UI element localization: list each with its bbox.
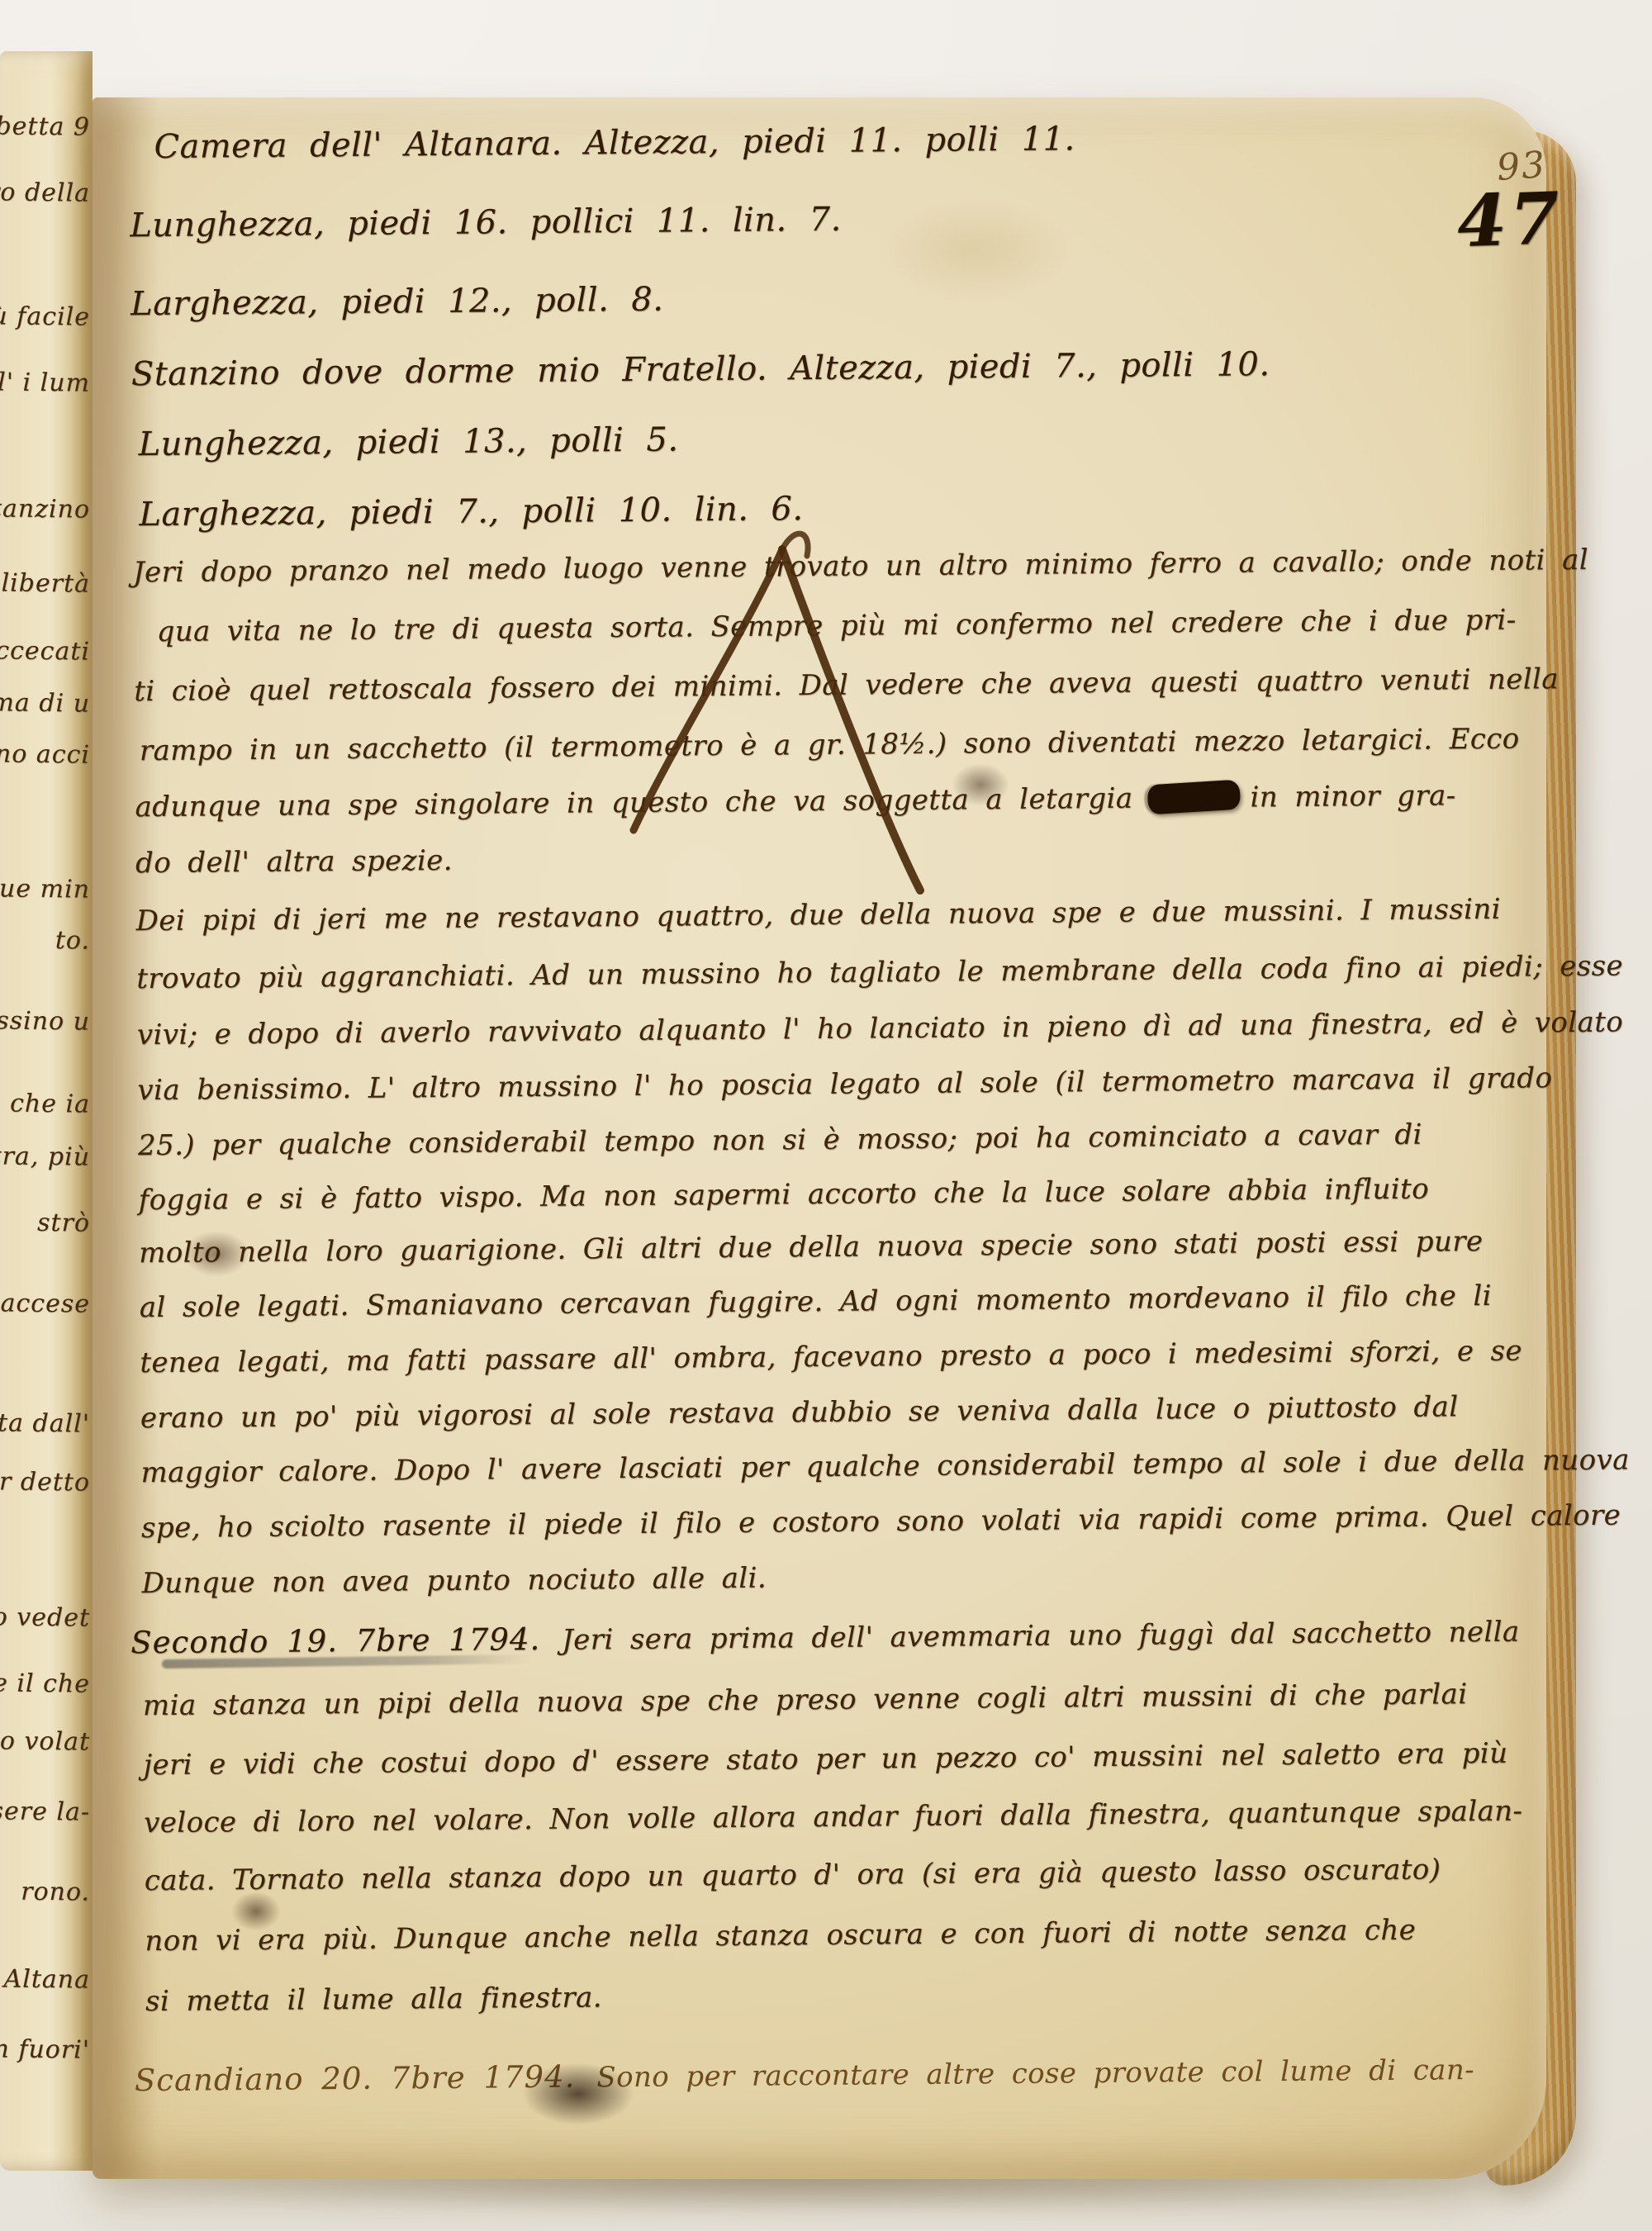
ink-stain: [183, 1231, 249, 1277]
text-line: al sole legati. Smaniavano cercavan fugg…: [140, 1279, 1493, 1324]
handwritten-text-block: Camera dell' Altanara. Altezza, piedi 11…: [129, 92, 1506, 2185]
margin-fragment: nata dall': [0, 1407, 90, 1438]
margin-fragment: cché l' i lum: [0, 366, 90, 397]
margin-fragment: più facile: [0, 300, 90, 331]
text-line: tenea legati, ma fatti passare all' ombr…: [140, 1335, 1522, 1380]
text-segment: Jeri sera prima dell' avemmaria uno fugg…: [562, 1616, 1520, 1657]
text-line: ti cioè quel rettoscala fossero dei mini…: [134, 662, 1559, 708]
margin-fragment: de il che: [0, 1667, 90, 1698]
text-line: adunque una spe singolare in questo che …: [135, 779, 1455, 826]
margin-fragment: Stanzino: [0, 492, 90, 524]
text-line: via benissimo. L' altro mussino l' ho po…: [137, 1061, 1552, 1107]
text-line: vivi; e dopo di averlo ravvivato alquant…: [137, 1005, 1624, 1051]
text-line: molto nella loro guarigione. Gli altri d…: [139, 1225, 1483, 1270]
margin-fragment: er detto: [0, 1465, 90, 1497]
margin-fragment: betta 9: [0, 110, 90, 141]
text-line: cata. Tornato nella stanza dopo un quart…: [145, 1853, 1441, 1897]
text-line: maggior calore. Dopo l' avere lasciati p…: [140, 1443, 1630, 1489]
text-line: Stanzino dove dorme mio Fratello. Altezz…: [131, 345, 1270, 393]
ink-stain: [952, 763, 1009, 806]
text-line: Dunque non avea punto nociuto alle ali.: [141, 1562, 767, 1601]
margin-fragment: a che ia: [0, 1087, 90, 1118]
margin-fragment: n fuori': [0, 2033, 90, 2064]
text-segment: in minor gra-: [1250, 779, 1455, 814]
text-line: jeri e vidi che costui dopo d' essere st…: [143, 1737, 1507, 1782]
text-line: Dei pipi di jeri me ne restavano quattro…: [136, 893, 1502, 937]
text-line: Jeri dopo pranzo nel medo luogo venne tr…: [133, 544, 1588, 589]
text-line: erano un po' più vigorosi al sole restav…: [140, 1390, 1459, 1435]
text-line: Lunghezza, piedi 16. pollici 11. lin. 7.: [130, 201, 842, 245]
text-line: rampo in un sacchetto (il termometro è a…: [140, 723, 1520, 768]
text-line: non vi era più. Dunque anche nella stanz…: [145, 1914, 1416, 1958]
previous-page-edge: betta 9 contro della più facile cché l' …: [0, 51, 93, 2171]
text-line: Lunghezza, piedi 13., polli 5.: [138, 420, 678, 463]
manuscript-photo: betta 9 contro della più facile cché l' …: [0, 0, 1652, 2231]
manuscript-page: 93 47 Camera dell' Altanara. Altezza, pi…: [93, 97, 1546, 2179]
text-segment: Sono per raccontare altre cose provate c…: [596, 2053, 1474, 2094]
margin-fragment: pillo accese: [0, 1287, 90, 1318]
margin-fragment: ssere la-: [0, 1795, 90, 1826]
margin-fragment: l' Altana: [0, 1963, 90, 1994]
text-line: foggia e si è fatto vispo. Ma non saperm…: [138, 1173, 1429, 1218]
margin-fragment: lo vedet: [0, 1601, 90, 1632]
margin-fragment: rono.: [0, 1875, 90, 1906]
ink-stain: [231, 1892, 281, 1931]
text-line: Larghezza, piedi 7., polli 10. lin. 6.: [139, 490, 803, 534]
text-line-dated-entry: Secondo 19. 7bre 1794.Jeri sera prima de…: [131, 1613, 1520, 1661]
text-line: si metta il lume alla finestra.: [145, 1981, 602, 2018]
margin-fragment: ltra, più: [0, 1140, 90, 1171]
text-line-dated-entry: Scandiano 20. 7bre 1794.Sono per raccont…: [135, 2051, 1475, 2098]
ink-stain: [520, 2062, 636, 2126]
margin-fragment: uno acci: [0, 738, 90, 769]
text-line: do dell' altra spezie.: [135, 844, 453, 880]
text-line: 25.) per qualche considerabil tempo non …: [138, 1118, 1422, 1163]
margin-fragment: accecati: [0, 634, 90, 666]
text-line: veloce di loro nel volare. Non volle all…: [144, 1795, 1523, 1840]
margin-fragment: a due min: [0, 872, 90, 904]
margin-fragment: contro della: [0, 176, 90, 207]
margin-fragment: prima di u: [0, 686, 90, 718]
margin-fragment: in libertà: [0, 567, 90, 598]
text-line: qua vita ne lo tre di questa sorta. Semp…: [156, 604, 1516, 648]
text-line: mia stanza un pipi della nuova spe che p…: [143, 1678, 1468, 1722]
entry-date: Scandiano 20. 7bre 1794.: [135, 2059, 576, 2099]
margin-fragment: to.: [0, 923, 90, 955]
text-line: spe, ho sciolto rasente il piede il filo…: [141, 1499, 1621, 1545]
text-line: Larghezza, piedi 12., poll. 8.: [131, 281, 663, 324]
margin-fragment: strò: [0, 1206, 90, 1237]
text-line: Camera dell' Altanara. Altezza, piedi 11…: [154, 120, 1075, 166]
text-line: trovato più aggranchiati. Ad un mussino …: [136, 949, 1623, 995]
margin-fragment: mussino u: [0, 1004, 90, 1036]
ink-blot: [1146, 780, 1241, 815]
margin-fragment: e 'ho volat: [0, 1725, 90, 1756]
